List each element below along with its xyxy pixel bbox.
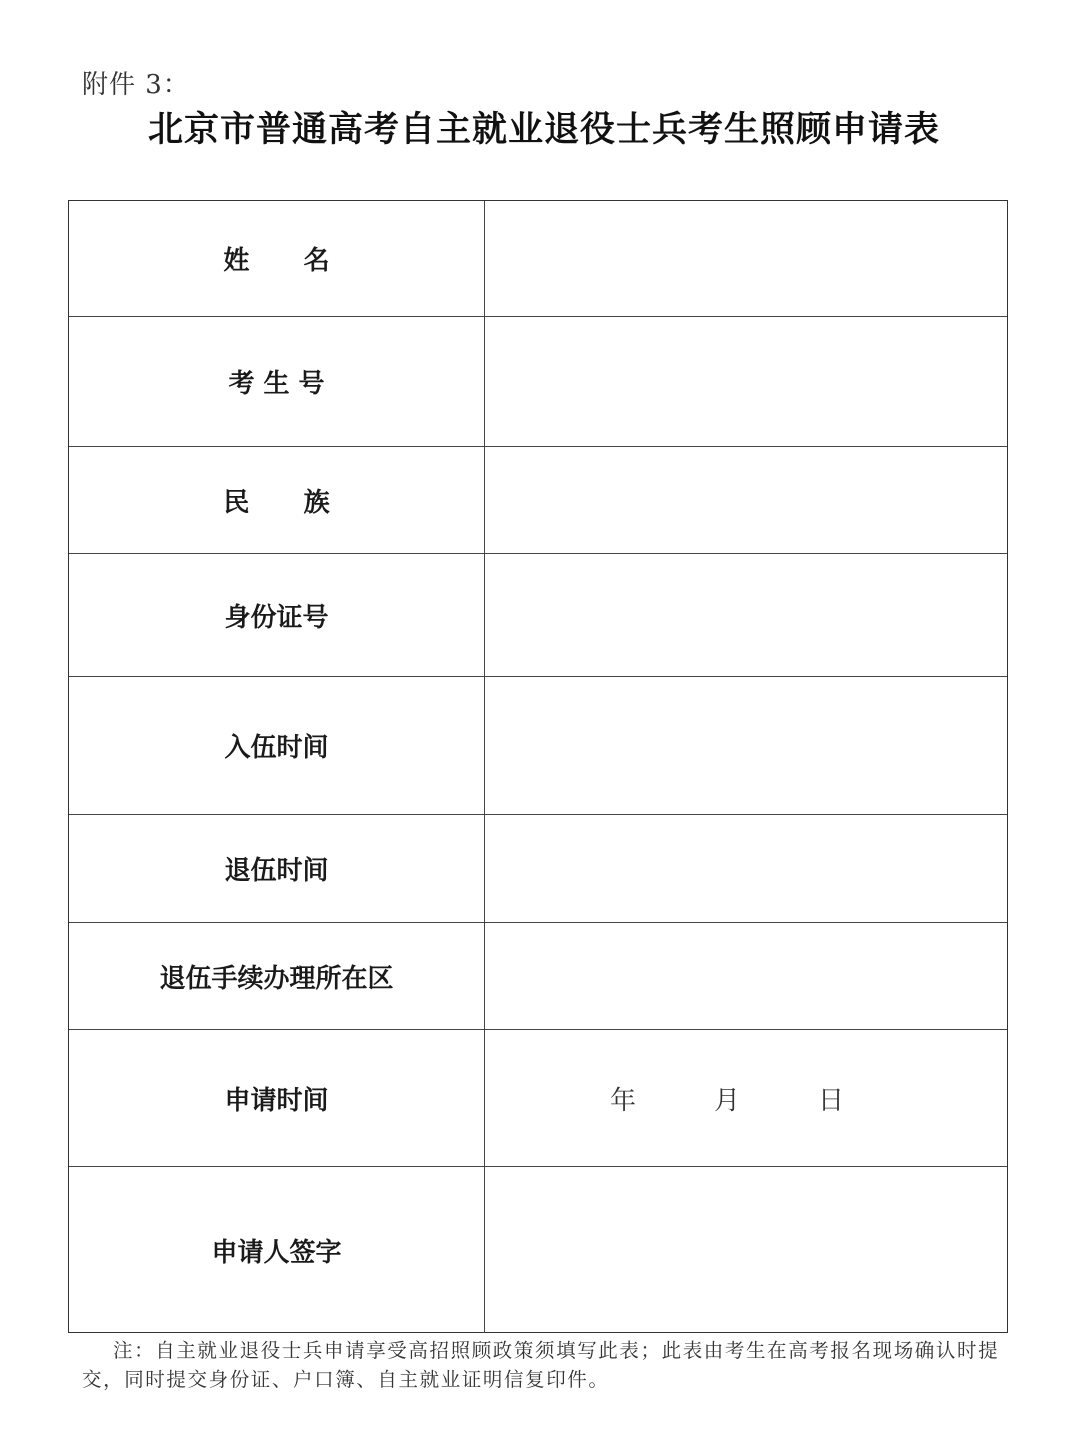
form-row-id-number: 身份证号 xyxy=(69,554,1007,677)
id-number-field[interactable] xyxy=(485,554,1007,676)
form-row-ethnicity: 民 族 xyxy=(69,447,1007,554)
label-enlistment-date: 入伍时间 xyxy=(69,677,485,814)
label-name: 姓 名 xyxy=(69,201,485,316)
exam-number-field[interactable] xyxy=(485,317,1007,446)
enlistment-date-field[interactable] xyxy=(485,677,1007,814)
label-discharge-district: 退伍手续办理所在区 xyxy=(69,923,485,1029)
label-exam-number: 考 生 号 xyxy=(69,317,485,446)
application-form-table: 姓 名 考 生 号 民 族 身份证号 入伍时间 退伍时间 退伍手续办理所在区 申… xyxy=(68,200,1008,1333)
label-application-date: 申请时间 xyxy=(69,1030,485,1166)
application-date-field[interactable]: 年 月 日 xyxy=(485,1030,1007,1166)
signature-field[interactable] xyxy=(485,1167,1007,1333)
label-signature: 申请人签字 xyxy=(69,1167,485,1333)
discharge-district-field[interactable] xyxy=(485,923,1007,1029)
label-id-number: 身份证号 xyxy=(69,554,485,676)
date-month-label: 月 xyxy=(714,1080,740,1117)
form-row-enlistment-date: 入伍时间 xyxy=(69,677,1007,815)
footnote: 注：自主就业退役士兵申请享受高招照顾政策须填写此表；此表由考生在高考报名现场确认… xyxy=(82,1336,1012,1394)
form-row-discharge-district: 退伍手续办理所在区 xyxy=(69,923,1007,1030)
label-ethnicity: 民 族 xyxy=(69,447,485,553)
form-row-name: 姓 名 xyxy=(69,201,1007,317)
ethnicity-field[interactable] xyxy=(485,447,1007,553)
name-field[interactable] xyxy=(485,201,1007,316)
form-row-signature: 申请人签字 xyxy=(69,1167,1007,1333)
page-title: 北京市普通高考自主就业退役士兵考生照顾申请表 xyxy=(0,102,1080,152)
date-year-label: 年 xyxy=(610,1080,636,1117)
form-row-discharge-date: 退伍时间 xyxy=(69,815,1007,923)
form-row-exam-number: 考 生 号 xyxy=(69,317,1007,447)
date-day-label: 日 xyxy=(818,1080,844,1117)
label-discharge-date: 退伍时间 xyxy=(69,815,485,922)
discharge-date-field[interactable] xyxy=(485,815,1007,922)
form-row-application-date: 申请时间 年 月 日 xyxy=(69,1030,1007,1167)
attachment-label: 附件 3： xyxy=(82,64,190,101)
